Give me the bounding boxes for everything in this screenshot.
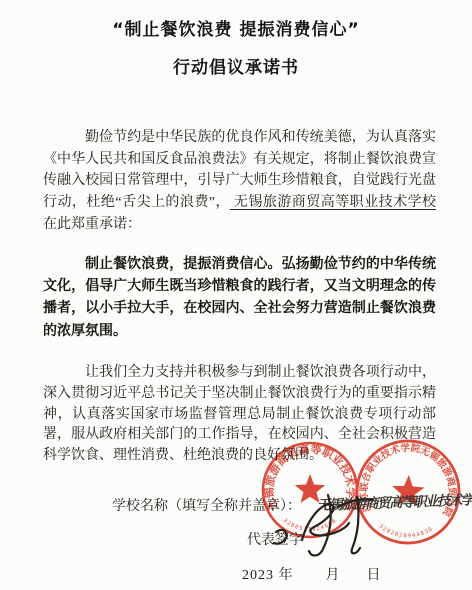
signature-strokes	[274, 495, 373, 556]
representative-signature-handwriting	[268, 486, 393, 564]
document-body: 勤俭节约是中华民族的优良作风和传统美德，为认真落实《中华人民共和国反食品浪费法》…	[0, 127, 472, 467]
date-day: 日	[367, 568, 382, 583]
paragraph-intro-tail: 在此郑重承诺：	[43, 217, 141, 232]
document-title-line2: 行动倡议承诺书	[0, 57, 472, 79]
school-name-underlined: 无锡旅游商贸高等职业技术学校	[230, 195, 436, 210]
date-line: 2023 年月日	[242, 564, 382, 584]
document-title-line1: “制止餐饮浪费 提振消费信心”	[0, 19, 472, 41]
document-title-block: “制止餐饮浪费 提振消费信心” 行动倡议承诺书	[0, 0, 472, 79]
pledge-document-page: “制止餐饮浪费 提振消费信心” 行动倡议承诺书 勤俭节约是中华民族的优良作风和传…	[0, 0, 472, 590]
paragraph-intro: 勤俭节约是中华民族的优良作风和传统美德，为认真落实《中华人民共和国反食品浪费法》…	[43, 127, 436, 236]
paragraph-pledge: 制止餐饮浪费，提振消费信心。弘扬勤俭节约的中华传统文化，倡导广大师生既当珍惜粮食…	[43, 253, 436, 343]
date-month: 月	[326, 568, 341, 583]
date-year: 2023 年	[242, 568, 294, 583]
